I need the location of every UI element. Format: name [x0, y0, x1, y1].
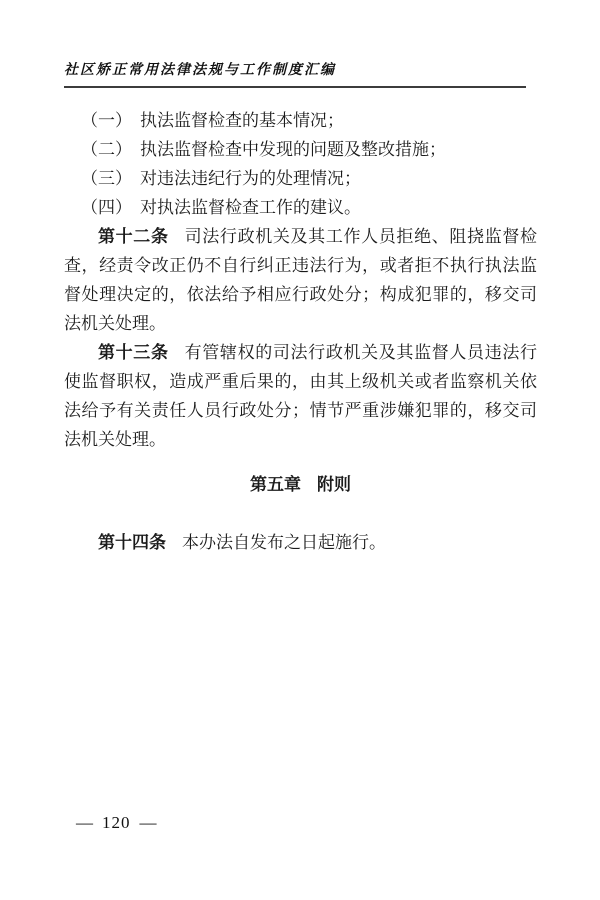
list-item: （三）对违法违纪行为的处理情况； — [64, 164, 537, 193]
list-item-text: 执法监督检查中发现的问题及整改措施； — [140, 140, 446, 159]
article-number: 第十四条 — [98, 533, 166, 552]
article-number: 第十三条 — [98, 343, 169, 362]
list-item-number: （四） — [81, 198, 132, 217]
article-paragraph: 第十四条本办法自发布之日起施行。 — [64, 528, 537, 557]
article-number: 第十二条 — [98, 227, 169, 246]
list-item: （四）对执法监督检查工作的建议。 — [64, 193, 537, 222]
article-paragraph: 第十三条有管辖权的司法行政机关及其监督人员违法行使监督职权，造成严重后果的，由其… — [64, 338, 537, 454]
list-item-text: 执法监督检查的基本情况； — [140, 111, 344, 130]
article-text: 本办法自发布之日起施行。 — [182, 533, 386, 552]
book-title: 社区矫正常用法律法规与工作制度汇编 — [64, 60, 526, 78]
page-body-text: （一）执法监督检查的基本情况； （二）执法监督检查中发现的问题及整改措施； （三… — [64, 106, 537, 557]
footer-dash-left: — — [76, 813, 93, 832]
chapter-title: 附则 — [317, 475, 351, 494]
list-item: （二）执法监督检查中发现的问题及整改措施； — [64, 135, 537, 164]
list-item: （一）执法监督检查的基本情况； — [64, 106, 537, 135]
list-item-text: 对执法监督检查工作的建议。 — [140, 198, 361, 217]
running-head: 社区矫正常用法律法规与工作制度汇编 — [64, 60, 526, 88]
list-item-text: 对违法违纪行为的处理情况； — [140, 169, 361, 188]
list-item-number: （一） — [81, 111, 132, 130]
chapter-heading: 第五章附则 — [64, 470, 537, 499]
list-item-number: （三） — [81, 169, 132, 188]
footer-dash-right: — — [140, 813, 157, 832]
list-item-number: （二） — [81, 140, 132, 159]
article-paragraph: 第十二条司法行政机关及其工作人员拒绝、阻挠监督检查，经责令改正仍不自行纠正违法行… — [64, 222, 537, 338]
page-number-footer: —120— — [76, 812, 157, 834]
chapter-number: 第五章 — [250, 475, 301, 494]
book-page: 社区矫正常用法律法规与工作制度汇编 （一）执法监督检查的基本情况； （二）执法监… — [0, 0, 600, 900]
page-number: 120 — [102, 813, 131, 832]
